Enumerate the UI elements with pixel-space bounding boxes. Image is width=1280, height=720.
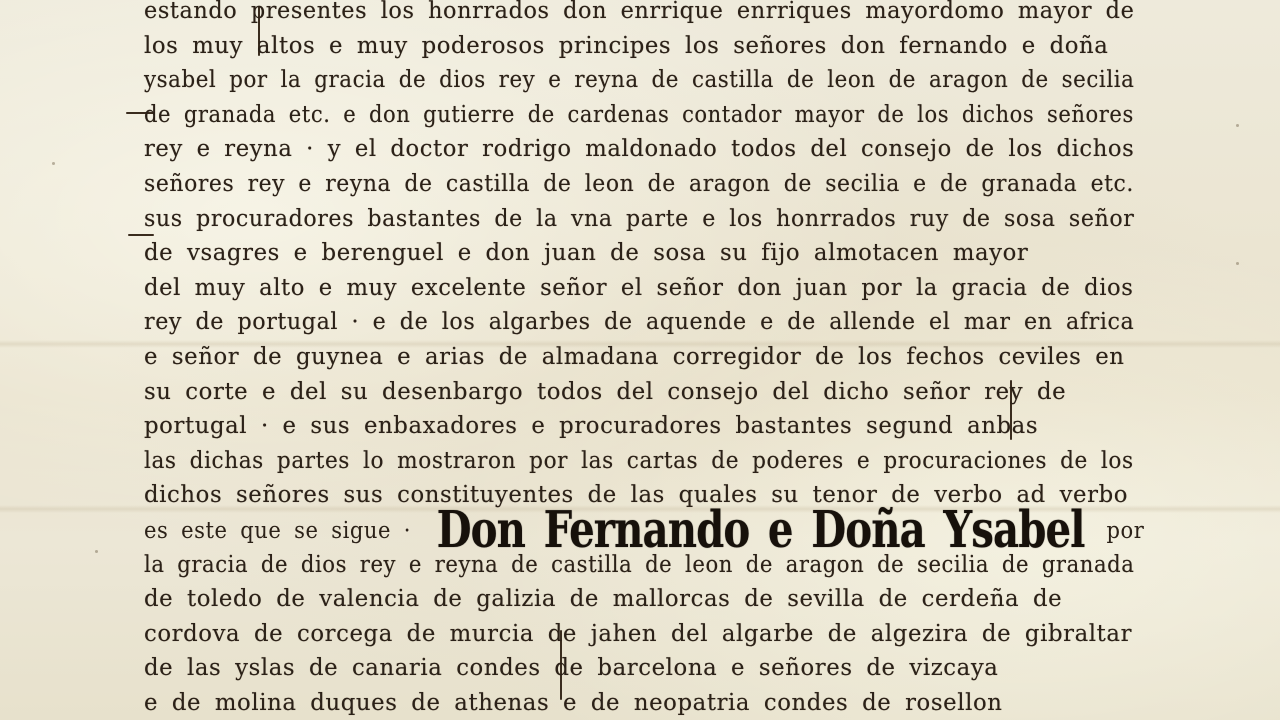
royal-names-heading: Don Fernando e Doña Ysabel xyxy=(437,511,1085,551)
manuscript-page: estando presentes los honrrados don enrr… xyxy=(0,0,1280,720)
text-line: sus procuradores bastantes de la vna par… xyxy=(144,202,1106,237)
text-line: ysabel por la gracia de dios rey e reyna… xyxy=(144,63,1074,98)
text-line: la gracia de dios rey e reyna de castill… xyxy=(144,548,1064,583)
text-line: de toledo de valencia de galizia de mall… xyxy=(144,582,1134,617)
text-line: de granada etc. e don gutierre de carden… xyxy=(144,98,1061,133)
paper-speck xyxy=(95,550,98,553)
text-line: señores rey e reyna de castilla de leon … xyxy=(144,167,1098,202)
text-line: e de molina duques de athenas e de neopa… xyxy=(144,686,1134,720)
text-line: portugal · e sus enbaxadores e procurado… xyxy=(144,409,1134,444)
text-line: cordova de corcega de murcia de jahen de… xyxy=(144,617,1134,652)
paper-speck xyxy=(52,162,55,165)
paper-speck xyxy=(1236,124,1239,127)
heading-prefix: es este que se sigue · xyxy=(144,514,411,549)
heading-suffix: por xyxy=(1106,514,1144,549)
manuscript-text: estando presentes los honrrados don enrr… xyxy=(144,0,1144,720)
text-line: rey de portugal · e de los algarbes de a… xyxy=(144,305,1110,340)
text-line: su corte e del su desenbargo todos del c… xyxy=(144,375,1134,410)
text-line: del muy alto e muy excelente señor el se… xyxy=(144,271,1130,306)
text-line: e señor de guynea e arias de almadana co… xyxy=(144,340,1134,375)
text-line: de las yslas de canaria condes de barcel… xyxy=(144,651,1134,686)
text-line: de vsagres e berenguel e don juan de sos… xyxy=(144,236,1134,271)
heading-line: es este que se sigue · Don Fernando e Do… xyxy=(144,513,1060,548)
text-line: las dichas partes lo mostraron por las c… xyxy=(144,444,1084,479)
text-line: rey e reyna · y el doctor rodrigo maldon… xyxy=(144,132,1130,167)
text-line: los muy altos e muy poderosos principes … xyxy=(144,29,1134,64)
text-line: estando presentes los honrrados don enrr… xyxy=(144,0,1116,29)
paper-speck xyxy=(1236,262,1239,265)
